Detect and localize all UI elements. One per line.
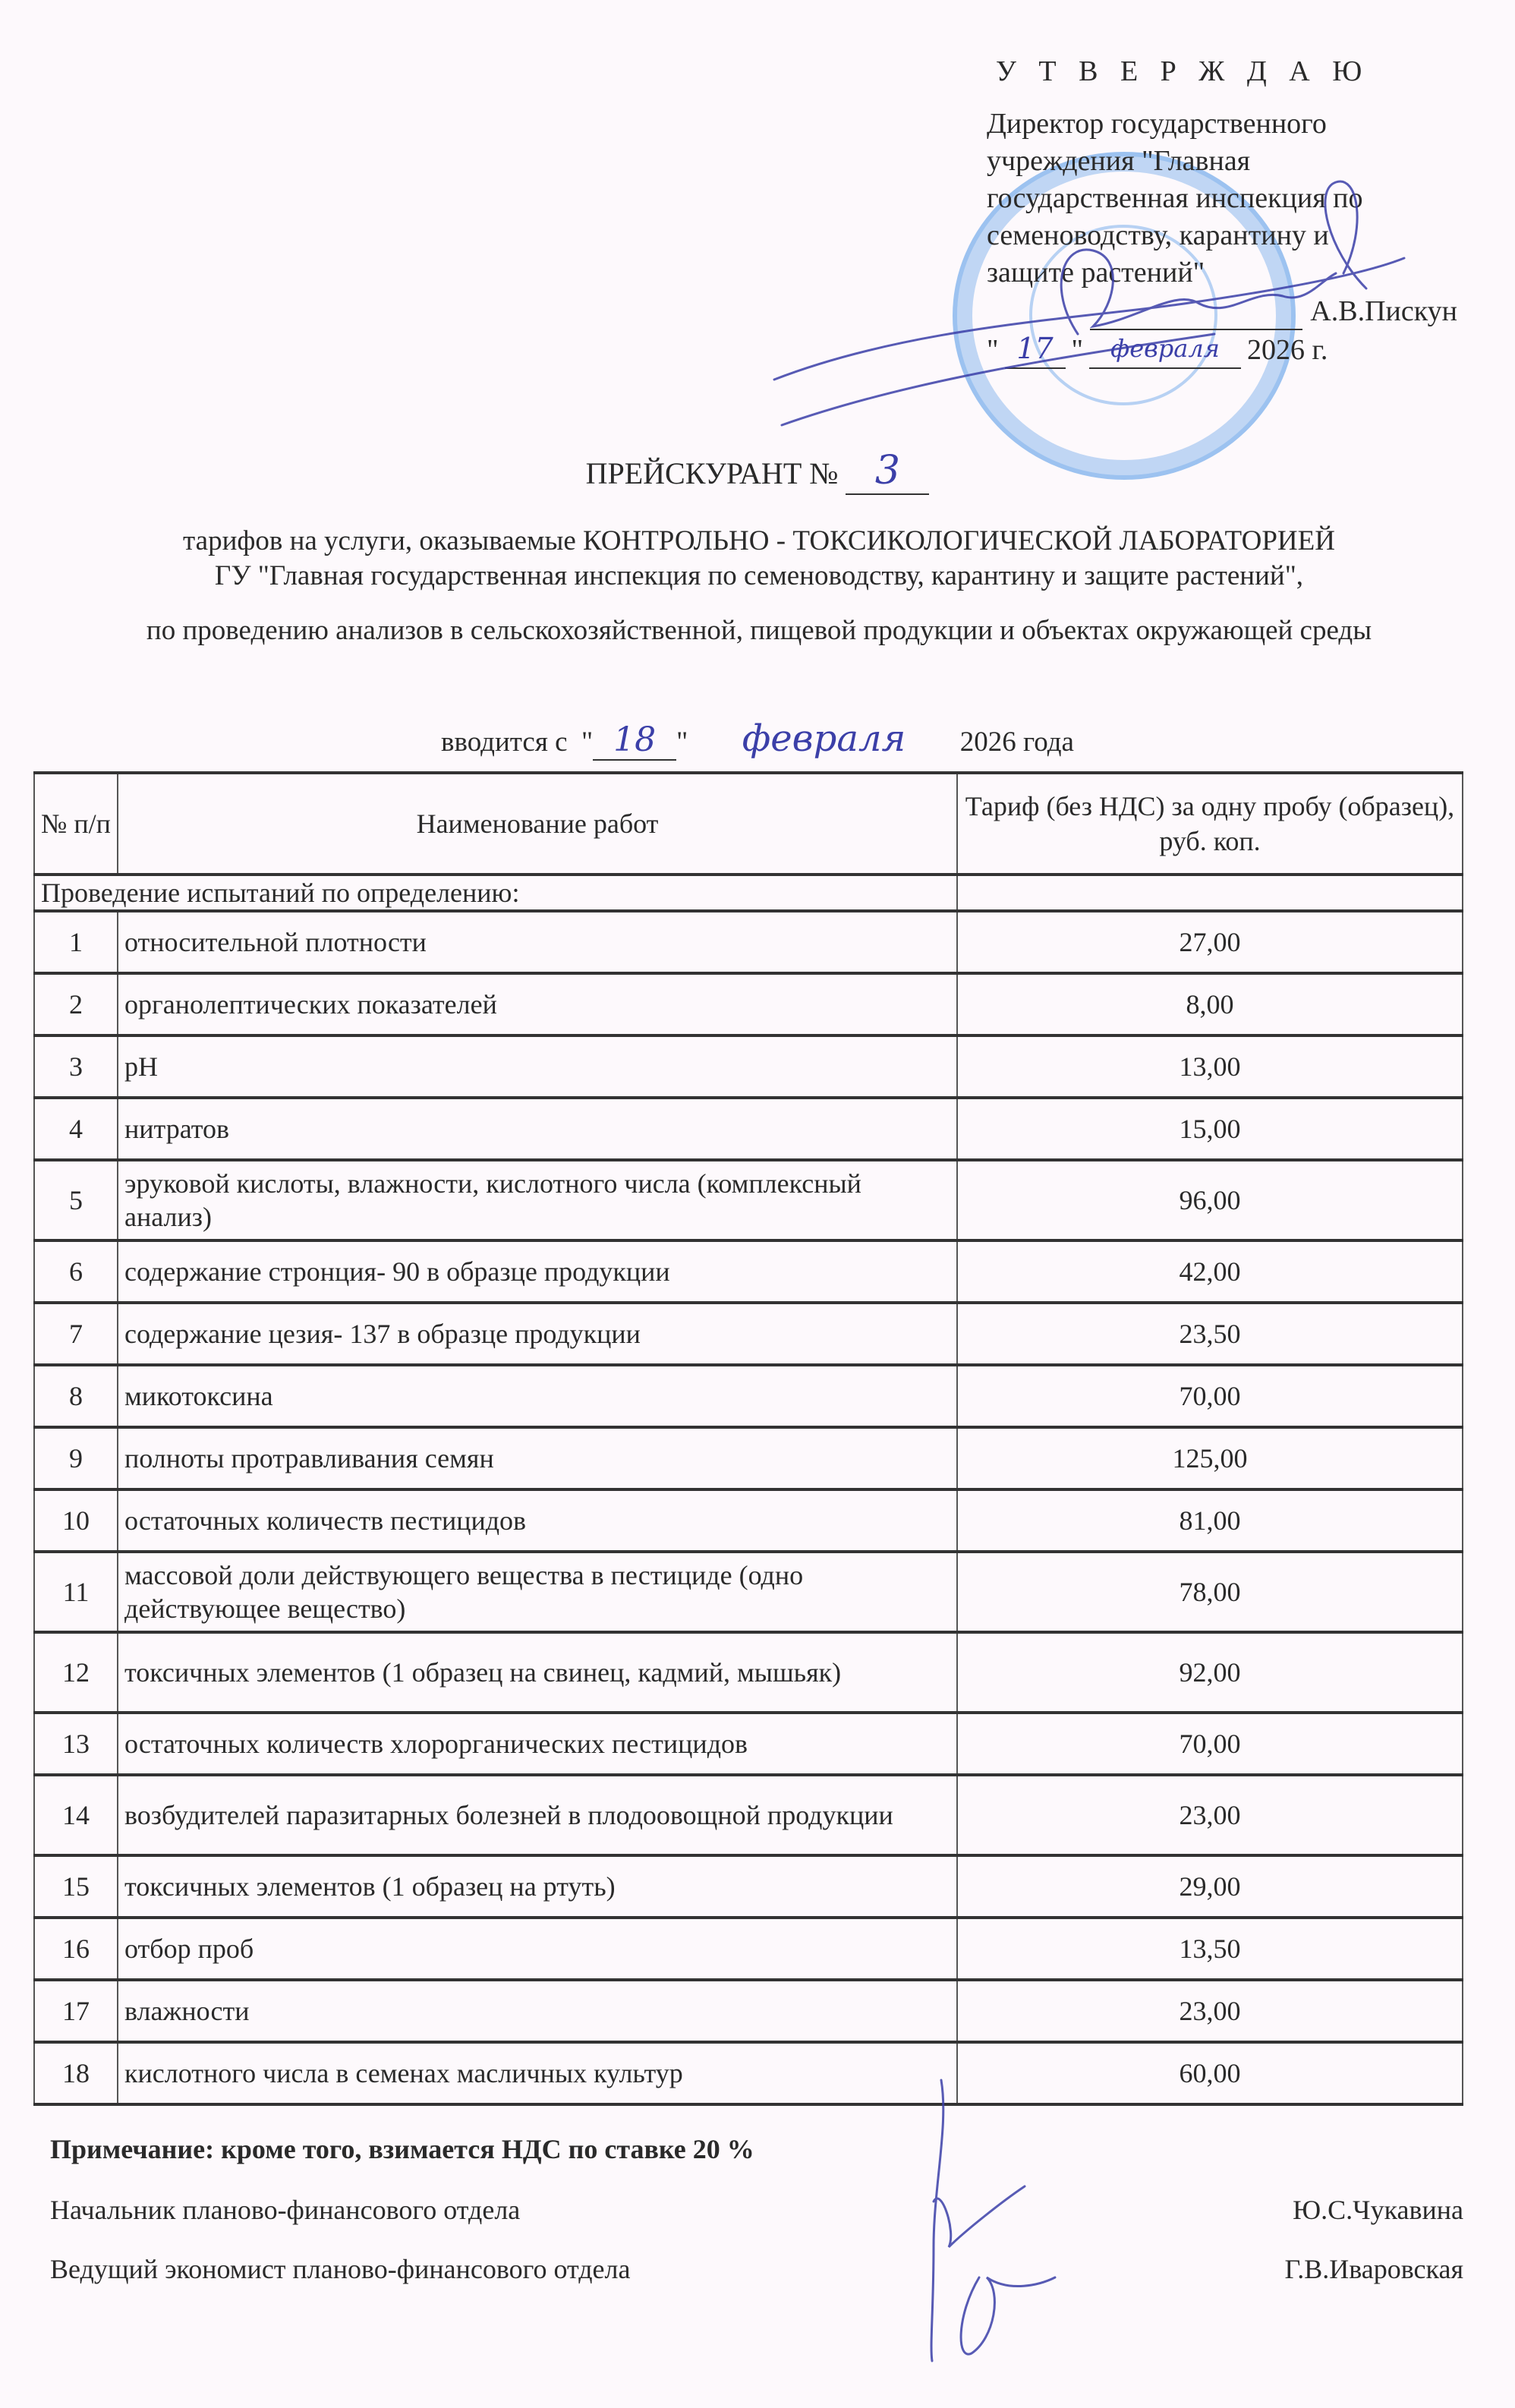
approval-line: государственная инспекция по — [987, 180, 1457, 217]
row-name: токсичных элементов (1 образец на ртуть) — [118, 1855, 957, 1918]
effective-year: 2026 года — [960, 726, 1074, 758]
table-row: 18кислотного числа в семенах масличных к… — [34, 2042, 1463, 2104]
table-row: 10остаточных количеств пестицидов81,00 — [34, 1489, 1463, 1552]
row-price: 78,00 — [957, 1552, 1463, 1632]
row-name: полноты протравливания семян — [118, 1427, 957, 1489]
row-number: 4 — [34, 1098, 118, 1160]
row-number: 12 — [34, 1632, 118, 1713]
row-name: токсичных элементов (1 образец на свинец… — [118, 1632, 957, 1713]
quote-mark: " — [987, 332, 999, 369]
approval-line: Директор государственного — [987, 106, 1457, 143]
table-row: 4нитратов15,00 — [34, 1098, 1463, 1160]
row-price: 70,00 — [957, 1365, 1463, 1427]
approval-line: учреждения "Главная — [987, 143, 1457, 180]
row-number: 3 — [34, 1035, 118, 1098]
header-number: № п/п — [34, 773, 118, 875]
row-name: возбудителей паразитарных болезней в пло… — [118, 1775, 957, 1855]
row-name: отбор проб — [118, 1918, 957, 1980]
table-row: 12токсичных элементов (1 образец на свин… — [34, 1632, 1463, 1713]
signatory-position: Начальник планово-финансового отдела — [50, 2194, 520, 2226]
subtitle: тарифов на услуги, оказываемые КОНТРОЛЬН… — [46, 524, 1472, 594]
approval-line: семеноводству, карантину и — [987, 217, 1457, 254]
row-name: влажности — [118, 1980, 957, 2042]
subtitle-line: ГУ "Главная государственная инспекция по… — [46, 559, 1472, 594]
row-name: содержание стронция- 90 в образце продук… — [118, 1240, 957, 1303]
row-price: 15,00 — [957, 1098, 1463, 1160]
row-price: 70,00 — [957, 1713, 1463, 1775]
section-empty — [957, 875, 1463, 911]
row-number: 10 — [34, 1489, 118, 1552]
table-row: 1относительной плотности27,00 — [34, 911, 1463, 973]
row-name: pH — [118, 1035, 957, 1098]
row-price: 29,00 — [957, 1855, 1463, 1918]
header-price: Тариф (без НДС) за одну пробу (образец),… — [957, 773, 1463, 875]
effective-prefix: вводится с — [441, 726, 567, 758]
row-number: 9 — [34, 1427, 118, 1489]
table-row: 9полноты протравливания семян125,00 — [34, 1427, 1463, 1489]
header-name: Наименование работ — [118, 773, 957, 875]
date-day: 17 — [1005, 330, 1066, 369]
row-number: 16 — [34, 1918, 118, 1980]
row-price: 60,00 — [957, 2042, 1463, 2104]
row-number: 17 — [34, 1980, 118, 2042]
row-name: эруковой кислоты, влажности, кислотного … — [118, 1160, 957, 1240]
row-number: 1 — [34, 911, 118, 973]
row-number: 15 — [34, 1855, 118, 1918]
row-price: 27,00 — [957, 911, 1463, 973]
approval-date: " 17 " февраля 2026 г. — [987, 330, 1457, 369]
row-name: кислотного числа в семенах масличных кул… — [118, 2042, 957, 2104]
table-row: 14возбудителей паразитарных болезней в п… — [34, 1775, 1463, 1855]
table-row: 3pH13,00 — [34, 1035, 1463, 1098]
signatory-name: Ю.С.Чукавина — [1293, 2194, 1463, 2226]
date-year: 2026 г. — [1247, 332, 1328, 369]
signatory-name: Г.В.Иваровская — [1284, 2253, 1463, 2285]
approval-heading: У Т В Е Р Ж Д А Ю — [996, 53, 1457, 90]
row-name: остаточных количеств пестицидов — [118, 1489, 957, 1552]
page-title: ПРЕЙСКУРАНТ № 3 — [0, 448, 1515, 495]
price-list-number: 3 — [846, 448, 929, 495]
table-header: № п/п Наименование работ Тариф (без НДС)… — [34, 773, 1463, 875]
row-price: 8,00 — [957, 973, 1463, 1035]
subtitle-line: тарифов на услуги, оказываемые КОНТРОЛЬН… — [46, 524, 1472, 559]
row-number: 6 — [34, 1240, 118, 1303]
row-price: 96,00 — [957, 1160, 1463, 1240]
row-number: 2 — [34, 973, 118, 1035]
effective-date: вводится с "18" февраля 2026 года — [0, 717, 1515, 761]
table-row: 5эруковой кислоты, влажности, кислотного… — [34, 1160, 1463, 1240]
row-name: массовой доли действующего вещества в пе… — [118, 1552, 957, 1632]
row-name: нитратов — [118, 1098, 957, 1160]
row-price: 13,00 — [957, 1035, 1463, 1098]
signatory-position: Ведущий экономист планово-финансового от… — [50, 2253, 630, 2285]
row-number: 11 — [34, 1552, 118, 1632]
section-label: Проведение испытаний по определению: — [34, 875, 957, 911]
table-row: 11массовой доли действующего вещества в … — [34, 1552, 1463, 1632]
purpose-text: по проведению анализов в сельскохозяйств… — [46, 613, 1472, 648]
approval-block: У Т В Е Р Ж Д А Ю Директор государственн… — [987, 53, 1457, 369]
effective-month: февраля — [710, 717, 938, 760]
date-month: февраля — [1089, 330, 1241, 369]
signature-underline — [1090, 292, 1302, 330]
effective-day: 18 — [593, 720, 676, 761]
table-row: 7содержание цезия- 137 в образце продукц… — [34, 1303, 1463, 1365]
row-price: 23,00 — [957, 1980, 1463, 2042]
table-row: 15токсичных элементов (1 образец на ртут… — [34, 1855, 1463, 1918]
price-table: № п/п Наименование работ Тариф (без НДС)… — [33, 771, 1463, 2106]
signatory-line: А.В.Пискун — [987, 292, 1457, 330]
row-price: 42,00 — [957, 1240, 1463, 1303]
title-text: ПРЕЙСКУРАНТ № — [586, 456, 839, 490]
row-name: микотоксина — [118, 1365, 957, 1427]
row-name: содержание цезия- 137 в образце продукци… — [118, 1303, 957, 1365]
table-row: 6содержание стронция- 90 в образце проду… — [34, 1240, 1463, 1303]
approval-line: защите растений" — [987, 254, 1457, 292]
row-price: 81,00 — [957, 1489, 1463, 1552]
row-number: 13 — [34, 1713, 118, 1775]
row-number: 5 — [34, 1160, 118, 1240]
signatory-name: А.В.Пискун — [1310, 293, 1457, 330]
section-row: Проведение испытаний по определению: — [34, 875, 1463, 911]
row-number: 14 — [34, 1775, 118, 1855]
row-name: остаточных количеств хлорорганических пе… — [118, 1713, 957, 1775]
row-price: 92,00 — [957, 1632, 1463, 1713]
row-number: 8 — [34, 1365, 118, 1427]
table-row: 17влажности23,00 — [34, 1980, 1463, 2042]
row-number: 18 — [34, 2042, 118, 2104]
quote-mark: " — [1072, 332, 1084, 369]
row-name: относительной плотности — [118, 911, 957, 973]
row-price: 23,50 — [957, 1303, 1463, 1365]
row-number: 7 — [34, 1303, 118, 1365]
row-price: 125,00 — [957, 1427, 1463, 1489]
vat-note: Примечание: кроме того, взимается НДС по… — [50, 2133, 754, 2165]
row-price: 13,50 — [957, 1918, 1463, 1980]
table-row: 16отбор проб13,50 — [34, 1918, 1463, 1980]
table-row: 8микотоксина70,00 — [34, 1365, 1463, 1427]
table-row: 2органолептических показателей8,00 — [34, 973, 1463, 1035]
row-name: органолептических показателей — [118, 973, 957, 1035]
row-price: 23,00 — [957, 1775, 1463, 1855]
table-row: 13остаточных количеств хлорорганических … — [34, 1713, 1463, 1775]
